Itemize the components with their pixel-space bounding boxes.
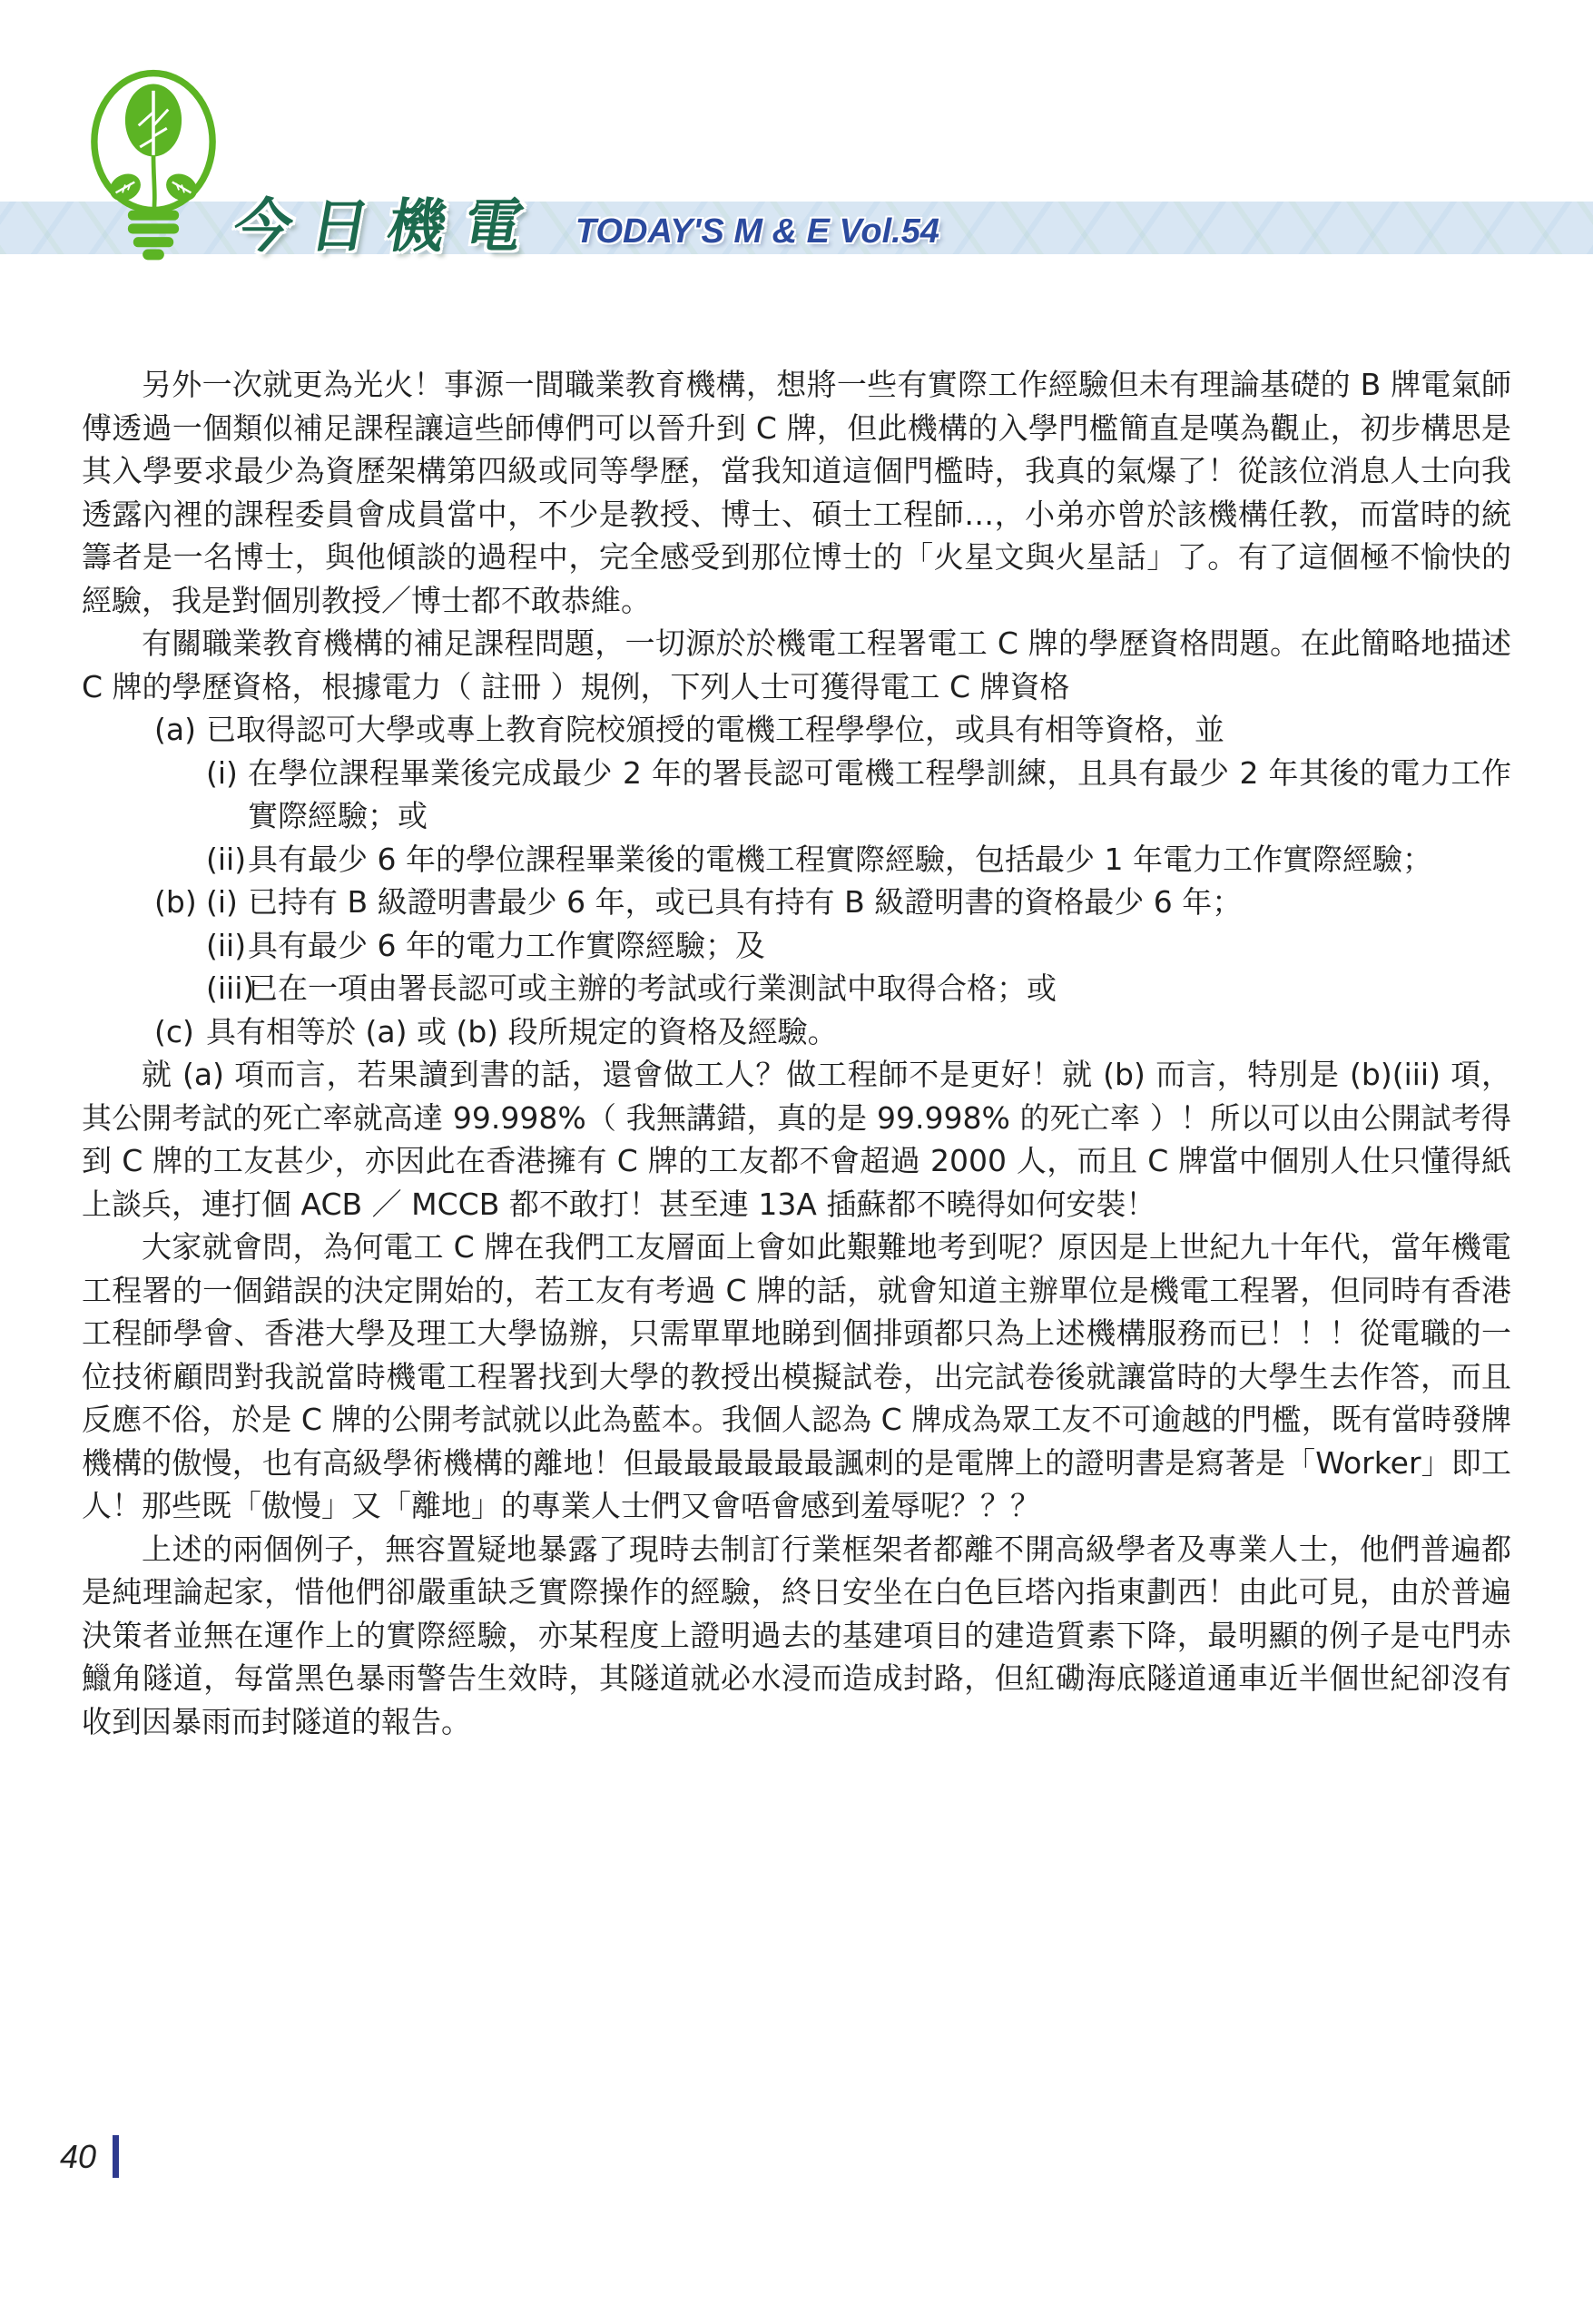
header-titles: 今日機電 TODAY'S M & E Vol.54 [234, 169, 939, 256]
article-body: 另外一次就更為光火！事源一間職業教育機構，想將一些有實際工作經驗但未有理論基礎的… [82, 363, 1511, 1743]
paragraph: 大家就會問，為何電工 C 牌在我們工友層面上會如此艱難地考到呢？原因是上世紀九十… [82, 1226, 1511, 1528]
list-item-a-ii: (ii) 具有最少 6 年的學位課程畢業後的電機工程實際經驗，包括最少 1 年電… [82, 838, 1511, 881]
paragraph: 就 (a) 項而言，若果讀到書的話，還會做工人？做工程師不是更好！就 (b) 而… [82, 1053, 1511, 1226]
list-item-sublabel: (i) [206, 881, 248, 924]
magazine-title-chinese: 今日機電 [229, 198, 546, 256]
list-item-text: 已持有 B 級證明書最少 6 年，或已具有持有 B 級證明書的資格最少 6 年； [248, 881, 1511, 924]
page-number-bar [113, 2135, 119, 2178]
list-item-text: 已在一項由署長認可或主辦的考試或行業測試中取得合格；或 [248, 967, 1511, 1010]
eco-leaf-bulb-logo [86, 69, 221, 261]
list-item-sublabel: (ii) [206, 924, 248, 968]
magazine-page: 今日機電 TODAY'S M & E Vol.54 另外一次就更為光火！事源一間… [0, 0, 1593, 2324]
list-item-sublabel: (i) [206, 752, 248, 838]
page-number: 40 [60, 2138, 96, 2176]
list-item-c: (c) 具有相等於 (a) 或 (b) 段所規定的資格及經驗。 [82, 1010, 1511, 1054]
list-item-sublabel: (iii) [206, 967, 248, 1010]
list-item-text: 具有最少 6 年的電力工作實際經驗；及 [248, 924, 1511, 968]
list-item-a: (a) 已取得認可大學或專上教育院校頒授的電機工程學學位，或具有相等資格，並 [82, 708, 1511, 752]
list-item-text: 具有最少 6 年的學位課程畢業後的電機工程實際經驗，包括最少 1 年電力工作實際… [248, 838, 1511, 881]
list-item-label: (a) [154, 708, 206, 752]
list-item-b-iii: (iii) 已在一項由署長認可或主辦的考試或行業測試中取得合格；或 [82, 967, 1511, 1010]
magazine-title-english: TODAY'S M & E Vol.54 [575, 214, 939, 256]
list-item-b-i: (b) (i) 已持有 B 級證明書最少 6 年，或已具有持有 B 級證明書的資… [82, 881, 1511, 924]
paragraph: 有關職業教育機構的補足課程問題，一切源於於機電工程署電工 C 牌的學歷資格問題。… [82, 622, 1511, 708]
list-item-b-ii: (ii) 具有最少 6 年的電力工作實際經驗；及 [82, 924, 1511, 968]
list-item-text: 在學位課程畢業後完成最少 2 年的署長認可電機工程學訓練，且具有最少 2 年其後… [248, 752, 1511, 838]
paragraph: 上述的兩個例子，無容置疑地暴露了現時去制訂行業框架者都離不開高級學者及專業人士，… [82, 1528, 1511, 1744]
page-footer: 40 [60, 2135, 119, 2178]
list-item-sublabel: (ii) [206, 838, 248, 881]
list-item-text: 具有相等於 (a) 或 (b) 段所規定的資格及經驗。 [206, 1010, 1511, 1054]
list-item-label: (b) [154, 881, 206, 924]
paragraph: 另外一次就更為光火！事源一間職業教育機構，想將一些有實際工作經驗但未有理論基礎的… [82, 363, 1511, 622]
list-item-label: (c) [154, 1010, 206, 1054]
list-item-a-i: (i) 在學位課程畢業後完成最少 2 年的署長認可電機工程學訓練，且具有最少 2… [82, 752, 1511, 838]
list-item-text: 已取得認可大學或專上教育院校頒授的電機工程學學位，或具有相等資格，並 [206, 708, 1511, 752]
